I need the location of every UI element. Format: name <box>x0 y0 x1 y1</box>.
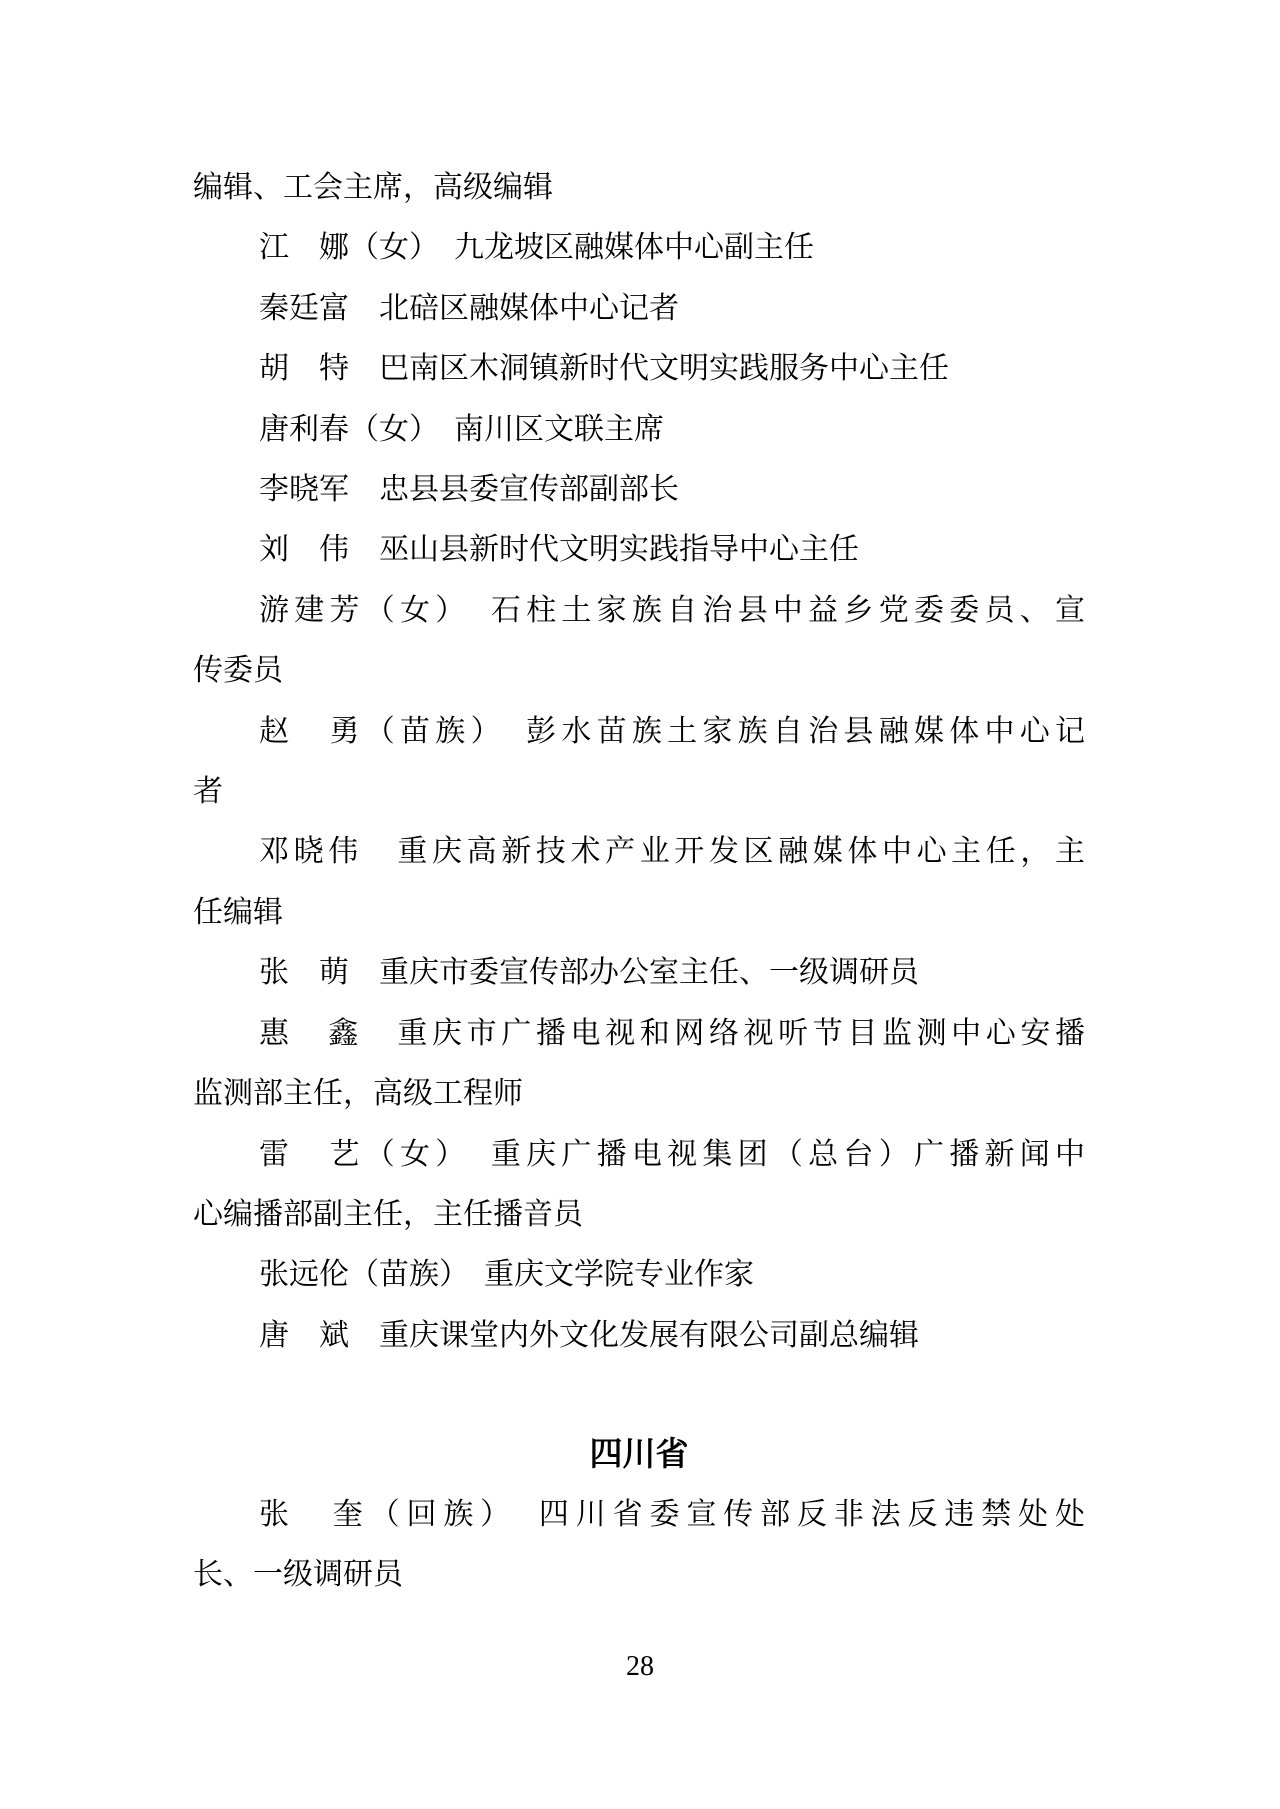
text-line: 监测部主任，高级工程师 <box>193 1064 1085 1124</box>
text-line: 者 <box>193 762 1085 822</box>
document-page: 编辑、工会主席，高级编辑 江 娜（女） 九龙坡区融媒体中心副主任 秦廷富 北碚区… <box>0 0 1280 1809</box>
text-line: 张 奎（回族） 四川省委宣传部反非法反违禁处处 <box>193 1485 1085 1545</box>
section-title-sichuan: 四川省 <box>193 1424 1085 1484</box>
text-line: 张远伦（苗族） 重庆文学院专业作家 <box>193 1245 1085 1305</box>
text-line: 刘 伟 巫山县新时代文明实践指导中心主任 <box>193 520 1085 580</box>
text-line: 心编播部副主任，主任播音员 <box>193 1185 1085 1245</box>
text-line: 编辑、工会主席，高级编辑 <box>193 158 1085 218</box>
page-number: 28 <box>0 1650 1280 1684</box>
text-line: 江 娜（女） 九龙坡区融媒体中心副主任 <box>193 218 1085 278</box>
text-line: 赵 勇（苗族） 彭水苗族土家族自治县融媒体中心记 <box>193 702 1085 762</box>
text-line: 惠 鑫 重庆市广播电视和网络视听节目监测中心安播 <box>193 1004 1085 1064</box>
text-line: 雷 艺（女） 重庆广播电视集团（总台）广播新闻中 <box>193 1125 1085 1185</box>
text-line: 长、一级调研员 <box>193 1545 1085 1605</box>
text-line: 任编辑 <box>193 883 1085 943</box>
text-line: 邓晓伟 重庆高新技术产业开发区融媒体中心主任，主 <box>193 822 1085 882</box>
text-line: 秦廷富 北碚区融媒体中心记者 <box>193 279 1085 339</box>
text-line: 胡 特 巴南区木洞镇新时代文明实践服务中心主任 <box>193 339 1085 399</box>
document-body: 编辑、工会主席，高级编辑 江 娜（女） 九龙坡区融媒体中心副主任 秦廷富 北碚区… <box>193 158 1085 1605</box>
text-line: 唐 斌 重庆课堂内外文化发展有限公司副总编辑 <box>193 1306 1085 1366</box>
text-line: 李晓军 忠县县委宣传部副部长 <box>193 460 1085 520</box>
text-line: 张 萌 重庆市委宣传部办公室主任、一级调研员 <box>193 943 1085 1003</box>
text-line: 游建芳（女） 石柱土家族自治县中益乡党委委员、宣 <box>193 581 1085 641</box>
text-line: 传委员 <box>193 641 1085 701</box>
text-line: 唐利春（女） 南川区文联主席 <box>193 400 1085 460</box>
